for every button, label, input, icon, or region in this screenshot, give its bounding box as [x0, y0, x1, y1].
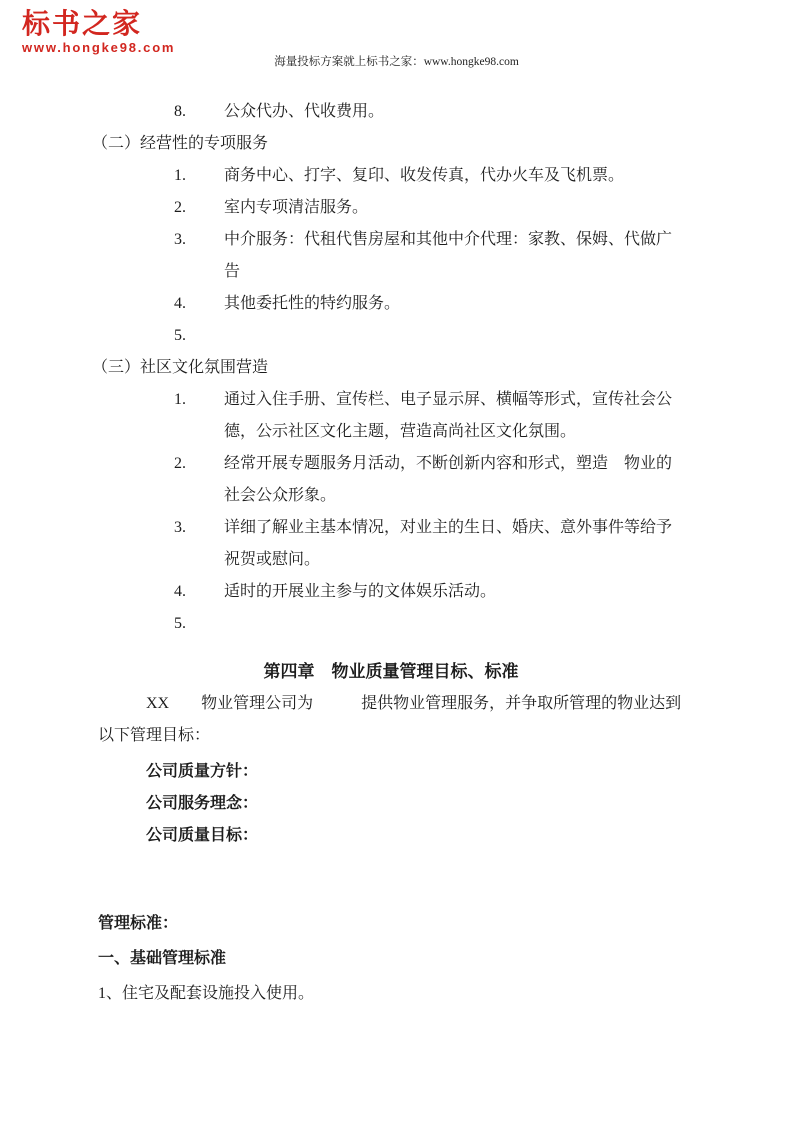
quality-policy-label: 公司质量方针： [98, 756, 684, 788]
list-item: 3. 中介服务：代租代售房屋和其他中介代理：家教、保姆、代做广告 [98, 224, 684, 288]
document-page: 标书之家 www.hongke98.com 海量投标方案就上标书之家：www.h… [0, 0, 793, 1122]
site-logo: 标书之家 www.hongke98.com [22, 10, 175, 54]
service-concept-label: 公司服务理念： [98, 788, 684, 820]
policy-labels: 公司质量方针： 公司服务理念： 公司质量目标： [98, 756, 684, 852]
list-item-text: 中介服务：代租代售房屋和其他中介代理：家教、保姆、代做广告 [224, 224, 679, 288]
list-item: 4. 其他委托性的特约服务。 [98, 288, 684, 320]
list-item-text: 详细了解业主基本情况，对业主的生日、婚庆、意外事件等给予祝贺或慰问。 [224, 512, 679, 576]
list-item-number: 5. [174, 320, 224, 352]
list-item-text: 适时的开展业主参与的文体娱乐活动。 [224, 576, 679, 608]
list-item: 4. 适时的开展业主参与的文体娱乐活动。 [98, 576, 684, 608]
chapter-paragraph: XX 物业管理公司为 提供物业管理服务，并争取所管理的物业达到以下管理目标： [98, 688, 682, 752]
list-item-number: 4. [174, 288, 224, 320]
list-item: 2. 室内专项清洁服务。 [98, 192, 684, 224]
standards-heading: 管理标准： [98, 908, 684, 940]
list-item-number: 3. [174, 224, 224, 288]
list-item-text: 通过入住手册、宣传栏、电子显示屏、横幅等形式，宣传社会公德，公示社区文化主题，营… [224, 384, 679, 448]
list-item-number: 2. [174, 448, 224, 512]
quality-target-label: 公司质量目标： [98, 820, 684, 852]
standards-sub-heading: 一、基础管理标准 [98, 943, 684, 975]
section-heading: （三）社区文化氛围营造 [92, 352, 684, 384]
list-item: 5. [98, 608, 684, 640]
list-item-text [224, 320, 679, 352]
document-body: 8. 公众代办、代收费用。 （二）经营性的专项服务 1. 商务中心、打字、复印、… [98, 96, 684, 1010]
list-item-text: 其他委托性的特约服务。 [224, 288, 679, 320]
list-item-number: 1. [174, 384, 224, 448]
list-item: 1. 商务中心、打字、复印、收发传真，代办火车及飞机票。 [98, 160, 684, 192]
section-heading: （二）经营性的专项服务 [92, 128, 684, 160]
list-item-number: 3. [174, 512, 224, 576]
logo-title: 标书之家 [22, 10, 175, 38]
list-item-number: 4. [174, 576, 224, 608]
list-item: 8. 公众代办、代收费用。 [98, 96, 684, 128]
list-item-text: 室内专项清洁服务。 [224, 192, 679, 224]
list-item-number: 5. [174, 608, 224, 640]
list-item-text: 经常开展专题服务月活动，不断创新内容和形式，塑造 物业的社会公众形象。 [224, 448, 679, 512]
list-item-text: 公众代办、代收费用。 [224, 96, 679, 128]
list-item: 5. [98, 320, 684, 352]
list-item: 2. 经常开展专题服务月活动，不断创新内容和形式，塑造 物业的社会公众形象。 [98, 448, 684, 512]
list-item-text: 商务中心、打字、复印、收发传真，代办火车及飞机票。 [224, 160, 679, 192]
list-item-number: 8. [174, 96, 224, 128]
standards-section: 管理标准： 一、基础管理标准 1、住宅及配套设施投入使用。 [98, 908, 684, 1010]
list-item-text [224, 608, 679, 640]
standards-first-item: 1、住宅及配套设施投入使用。 [98, 978, 684, 1010]
list-item-number: 2. [174, 192, 224, 224]
list-item: 1. 通过入住手册、宣传栏、电子显示屏、横幅等形式，宣传社会公德，公示社区文化主… [98, 384, 684, 448]
chapter-title: 第四章 物业质量管理目标、标准 [98, 656, 684, 688]
list-item: 3. 详细了解业主基本情况，对业主的生日、婚庆、意外事件等给予祝贺或慰问。 [98, 512, 684, 576]
list-item-number: 1. [174, 160, 224, 192]
running-header: 海量投标方案就上标书之家：www.hongke98.com [0, 53, 793, 69]
